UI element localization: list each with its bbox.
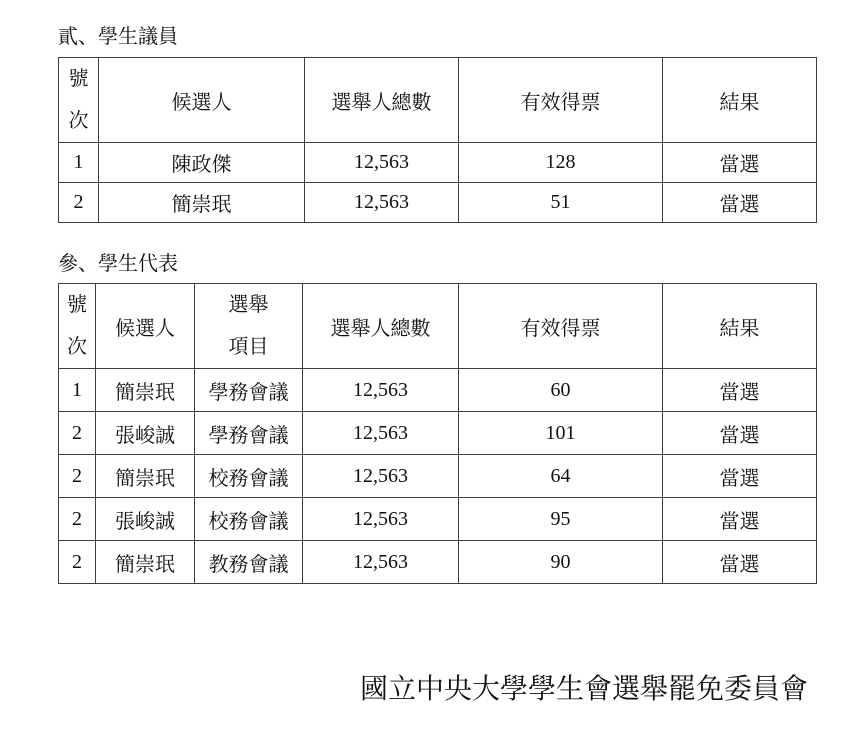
- header-cell-total-electors: 選舉人總數: [305, 58, 459, 143]
- cell-result: 當選: [663, 455, 817, 498]
- cell-total-electors: 12,563: [303, 455, 459, 498]
- table-row: 2 簡崇珉 12,563 51 當選: [59, 183, 817, 223]
- header-cell-election-body: 選舉 項目: [195, 284, 303, 369]
- header-cell-candidate: 候選人: [99, 58, 305, 143]
- cell-candidate: 簡崇珉: [96, 455, 195, 498]
- cell-valid-votes: 101: [459, 412, 663, 455]
- cell-total-electors: 12,563: [303, 541, 459, 584]
- cell-result: 當選: [663, 143, 817, 183]
- table-row: 1 簡崇珉 學務會議 12,563 60 當選: [59, 369, 817, 412]
- cell-number: 2: [59, 498, 96, 541]
- cell-election-body: 教務會議: [195, 541, 303, 584]
- cell-candidate: 簡崇珉: [96, 369, 195, 412]
- cell-candidate: 陳政傑: [99, 143, 305, 183]
- cell-number: 1: [59, 369, 96, 412]
- header-cell-valid-votes: 有效得票: [459, 284, 663, 369]
- cell-total-electors: 12,563: [303, 498, 459, 541]
- cell-result: 當選: [663, 369, 817, 412]
- cell-valid-votes: 95: [459, 498, 663, 541]
- header-cell-candidate: 候選人: [96, 284, 195, 369]
- cell-total-electors: 12,563: [305, 183, 459, 223]
- cell-result: 當選: [663, 541, 817, 584]
- cell-valid-votes: 128: [459, 143, 663, 183]
- table-row: 2 簡崇珉 教務會議 12,563 90 當選: [59, 541, 817, 584]
- cell-total-electors: 12,563: [303, 412, 459, 455]
- cell-valid-votes: 90: [459, 541, 663, 584]
- cell-candidate: 張峻誠: [96, 412, 195, 455]
- cell-candidate: 簡崇珉: [96, 541, 195, 584]
- cell-valid-votes: 51: [459, 183, 663, 223]
- cell-candidate: 張峻誠: [96, 498, 195, 541]
- header-cell-result: 結果: [663, 58, 817, 143]
- table-header-row: 號 次 候選人 選舉 項目 選舉人總數 有效得票 結果: [59, 284, 817, 369]
- cell-number: 2: [59, 455, 96, 498]
- cell-election-body: 校務會議: [195, 498, 303, 541]
- table-row: 1 陳政傑 12,563 128 當選: [59, 143, 817, 183]
- cell-number: 2: [59, 541, 96, 584]
- student-councilor-results-table: 號 次 候選人 選舉人總數 有效得票 結果 1 陳政傑 12,563 128 當…: [58, 57, 817, 223]
- cell-election-body: 學務會議: [195, 412, 303, 455]
- cell-valid-votes: 64: [459, 455, 663, 498]
- cell-number: 2: [59, 412, 96, 455]
- cell-result: 當選: [663, 183, 817, 223]
- cell-election-body: 校務會議: [195, 455, 303, 498]
- header-cell-total-electors: 選舉人總數: [303, 284, 459, 369]
- section-heading-student-representatives: 參、學生代表: [58, 251, 178, 277]
- document-page: 貳、學生議員 號 次 候選人 選舉人總數 有效得票 結果 1 陳政傑 12,56…: [0, 0, 861, 737]
- student-representative-results-table: 號 次 候選人 選舉 項目 選舉人總數 有效得票 結果 1 簡崇珉 學務會議 1…: [58, 283, 817, 584]
- cell-result: 當選: [663, 412, 817, 455]
- committee-signature: 國立中央大學學生會選舉罷免委員會: [360, 671, 808, 709]
- cell-number: 2: [59, 183, 99, 223]
- table-row: 2 簡崇珉 校務會議 12,563 64 當選: [59, 455, 817, 498]
- cell-candidate: 簡崇珉: [99, 183, 305, 223]
- cell-election-body: 學務會議: [195, 369, 303, 412]
- cell-valid-votes: 60: [459, 369, 663, 412]
- table-row: 2 張峻誠 學務會議 12,563 101 當選: [59, 412, 817, 455]
- header-cell-number: 號 次: [59, 284, 96, 369]
- cell-result: 當選: [663, 498, 817, 541]
- section-heading-student-councilors: 貳、學生議員: [58, 24, 178, 50]
- header-cell-valid-votes: 有效得票: [459, 58, 663, 143]
- cell-total-electors: 12,563: [305, 143, 459, 183]
- table-header-row: 號 次 候選人 選舉人總數 有效得票 結果: [59, 58, 817, 143]
- table-row: 2 張峻誠 校務會議 12,563 95 當選: [59, 498, 817, 541]
- header-cell-number: 號 次: [59, 58, 99, 143]
- header-cell-result: 結果: [663, 284, 817, 369]
- cell-number: 1: [59, 143, 99, 183]
- cell-total-electors: 12,563: [303, 369, 459, 412]
